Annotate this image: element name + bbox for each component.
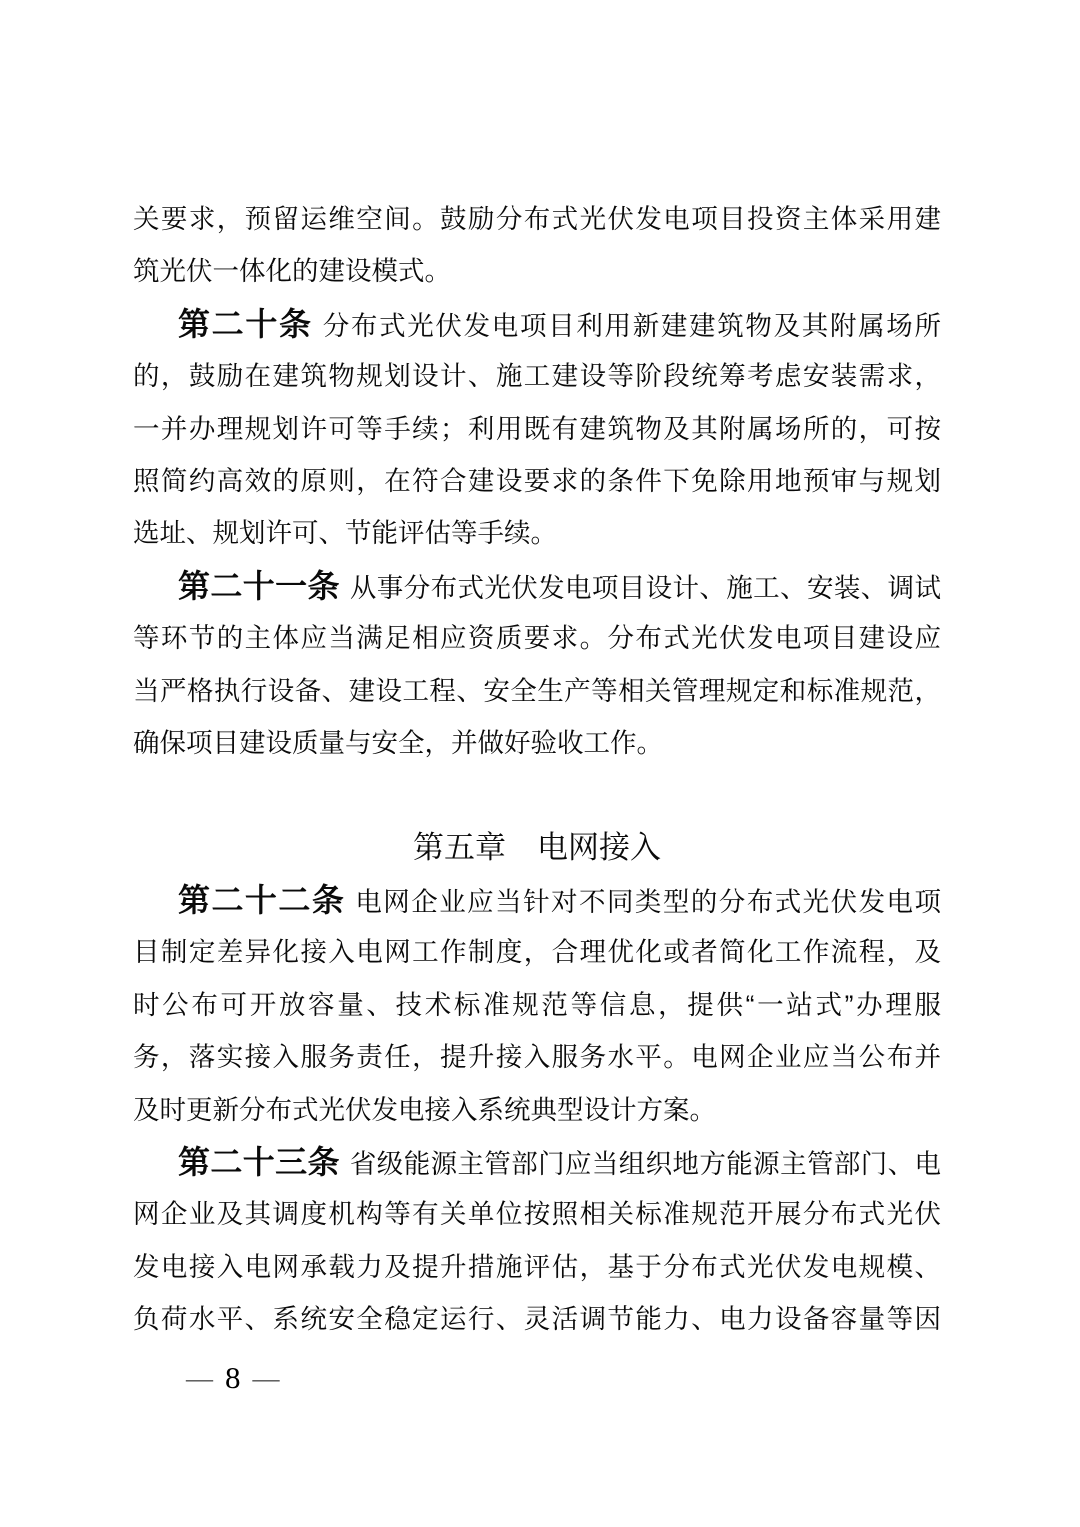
paragraph-article-23: 第二十三条省级能源主管部门应当组织地方能源主管部门、电 网企业及其调度机构等有关… [133,1136,941,1346]
page-footer: — 8 — [186,1358,280,1398]
article-number-label: 第二十一条 [178,568,340,604]
document-page: 关要求，预留运维空间。鼓励分布式光伏发电项目投资主体采用建 筑光伏一体化的建设模… [0,0,1080,1527]
text-line: 第二十一条从事分布式光伏发电项目设计、施工、安装、调试 [133,560,941,612]
line-text: 从事分布式光伏发电项目设计、施工、安装、调试 [350,573,941,603]
footer-dash-left: — [186,1358,213,1398]
line-text: 省级能源主管部门应当组织地方能源主管部门、电 [350,1149,941,1179]
document-body: 关要求，预留运维空间。鼓励分布式光伏发电项目投资主体采用建 筑光伏一体化的建设模… [133,193,941,1346]
paragraph-article-21: 第二十一条从事分布式光伏发电项目设计、施工、安装、调试 等环节的主体应当满足相应… [133,560,941,770]
line-text: 分布式光伏发电项目利用新建建筑物及其附属场所 [323,311,941,341]
text-line: 筑光伏一体化的建设模式。 [133,245,941,297]
text-line: 第二十三条省级能源主管部门应当组织地方能源主管部门、电 [133,1136,941,1188]
footer-dash-right: — [253,1358,280,1398]
text-line: 时公布可开放容量、技术标准规范等信息，提供“一站式”办理服 [133,979,941,1031]
text-line: 等环节的主体应当满足相应资质要求。分布式光伏发电项目建设应 [133,612,941,664]
chapter-heading: 第五章 电网接入 [133,822,941,874]
paragraph-continuation: 关要求，预留运维空间。鼓励分布式光伏发电项目投资主体采用建 筑光伏一体化的建设模… [133,193,941,298]
text-line: 当严格执行设备、建设工程、安全生产等相关管理规定和标准规范， [133,665,941,717]
text-line: 务，落实接入服务责任，提升接入服务水平。电网企业应当公布并 [133,1031,941,1083]
text-line: 网企业及其调度机构等有关单位按照相关标准规范开展分布式光伏 [133,1188,941,1240]
text-line: 照简约高效的原则，在符合建设要求的条件下免除用地预审与规划 [133,455,941,507]
text-line: 确保项目建设质量与安全，并做好验收工作。 [133,717,941,769]
text-line: 一并办理规划许可等手续；利用既有建筑物及其附属场所的，可按 [133,403,941,455]
text-line: 的，鼓励在建筑物规划设计、施工建设等阶段统筹考虑安装需求， [133,350,941,402]
paragraph-article-22: 第二十二条电网企业应当针对不同类型的分布式光伏发电项 目制定差异化接入电网工作制… [133,874,941,1136]
line-text: 电网企业应当针对不同类型的分布式光伏发电项 [355,887,941,917]
page-number: 8 [225,1358,241,1398]
article-number-label: 第二十三条 [178,1144,340,1180]
text-line: 选址、规划许可、节能评估等手续。 [133,507,941,559]
text-line: 第二十二条电网企业应当针对不同类型的分布式光伏发电项 [133,874,941,926]
text-line: 发电接入电网承载力及提升措施评估，基于分布式光伏发电规模、 [133,1241,941,1293]
text-line: 第二十条分布式光伏发电项目利用新建建筑物及其附属场所 [133,298,941,350]
text-line: 关要求，预留运维空间。鼓励分布式光伏发电项目投资主体采用建 [133,193,941,245]
article-number-label: 第二十条 [178,306,313,342]
text-line: 及时更新分布式光伏发电接入系统典型设计方案。 [133,1084,941,1136]
text-line: 负荷水平、系统安全稳定运行、灵活调节能力、电力设备容量等因 [133,1293,941,1345]
article-number-label: 第二十二条 [178,882,345,918]
text-line: 目制定差异化接入电网工作制度，合理优化或者简化工作流程，及 [133,926,941,978]
paragraph-article-20: 第二十条分布式光伏发电项目利用新建建筑物及其附属场所 的，鼓励在建筑物规划设计、… [133,298,941,560]
